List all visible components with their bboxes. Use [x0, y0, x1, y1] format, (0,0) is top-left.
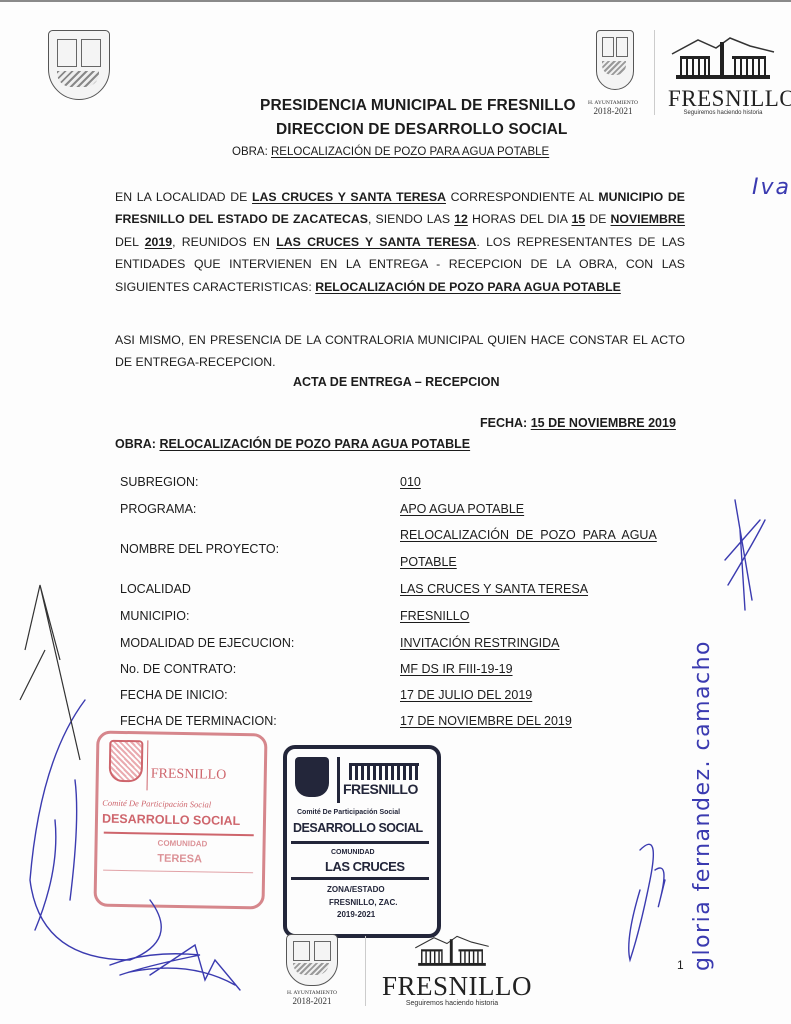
municipal-crest-icon	[48, 30, 110, 100]
field-label-municipio: MUNICIPIO:	[120, 609, 189, 623]
field-value-subregion: 010	[400, 475, 421, 489]
field-value-fecha-terminacion: 17 DE NOVIEMBRE DEL 2019	[400, 714, 572, 728]
footer-ayuntamiento-years: 2018-2021	[276, 996, 348, 1006]
footer-crest-icon	[286, 934, 338, 986]
title-line-1: PRESIDENCIA MUNICIPAL DE FRESNILLO	[260, 97, 576, 115]
stamp-crest-icon	[109, 740, 144, 783]
field-label-modalidad: MODALIDAD DE EJECUCION:	[120, 636, 294, 650]
field-label-localidad: LOCALIDAD	[120, 582, 191, 596]
field-value-contrato: MF DS IR FIII-19-19	[400, 662, 513, 676]
contraloria-paragraph: ASI MISMO, EN PRESENCIA DE LA CONTRALORI…	[115, 329, 685, 374]
field-label-programa: PROGRAMA:	[120, 502, 196, 516]
ayuntamiento-crest-icon	[596, 30, 634, 90]
fresnillo-skyline-icon	[392, 932, 512, 968]
stamp-committee: Comité De Participación Social	[297, 809, 400, 816]
footer-fresnillo-brand-logo: FRESNILLO Seguiremos haciendo historia	[382, 932, 522, 1007]
fresnillo-brand-logo: FRESNILLO Seguiremos haciendo historia	[668, 32, 778, 116]
field-value-localidad: LAS CRUCES Y SANTA TERESA	[400, 582, 588, 596]
stamp-committee: Comité De Participación Social	[102, 798, 211, 810]
black-committee-stamp: FRESNILLO Comité De Participación Social…	[283, 745, 441, 938]
acta-obra-value: RELOCALIZACIÓN DE POZO PARA AGUA POTABLE	[159, 437, 470, 451]
stamp-years: 2019-2021	[337, 910, 375, 919]
header-obra-value: RELOCALIZACIÓN DE POZO PARA AGUA POTABLE	[271, 146, 549, 158]
page-number: 1	[677, 958, 684, 972]
footer-logo-divider	[365, 936, 366, 1006]
header-obra: OBRA: RELOCALIZACIÓN DE POZO PARA AGUA P…	[232, 146, 549, 158]
field-value-modalidad: INVITACIÓN RESTRINGIDA	[400, 636, 560, 650]
footer-brand-tagline: Seguiremos haciendo historia	[382, 1000, 522, 1007]
field-label-fecha-inicio: FECHA DE INICIO:	[120, 688, 228, 702]
fecha-label: FECHA:	[480, 416, 527, 430]
stamp-skyline-icon	[349, 763, 419, 780]
red-committee-stamp: FRESNILLO Comité De Participación Social…	[93, 731, 267, 910]
handwritten-name-bottom-right: gloria fernandez. camacho	[690, 640, 715, 971]
brand-name: FRESNILLO	[668, 87, 778, 110]
title-line-2: DIRECCION DE DESARROLLO SOCIAL	[276, 121, 567, 139]
stamp-community: TERESA	[157, 853, 202, 866]
ayuntamiento-years: 2018-2021	[578, 106, 648, 116]
field-value-municipio: FRESNILLO	[400, 609, 469, 623]
brand-tagline: Seguiremos haciendo historia	[668, 110, 778, 116]
field-value-proyecto-line1: RELOCALIZACIÓN DE POZO PARA AGUA	[400, 528, 657, 542]
stamp-dept: DESARROLLO SOCIAL	[293, 821, 423, 835]
intro-paragraph: EN LA LOCALIDAD DE LAS CRUCES Y SANTA TE…	[115, 186, 685, 298]
acta-title: ACTA DE ENTREGA – RECEPCION	[293, 375, 500, 389]
stamp-brand: FRESNILLO	[151, 766, 227, 783]
field-value-proyecto-line2: POTABLE	[400, 555, 457, 569]
logo-divider	[654, 30, 655, 115]
field-label-contrato: No. DE CONTRATO:	[120, 662, 236, 676]
field-label-proyecto: NOMBRE DEL PROYECTO:	[120, 542, 279, 556]
fecha-value: 15 DE NOVIEMBRE 2019	[531, 416, 676, 430]
field-value-fecha-inicio: 17 DE JULIO DEL 2019	[400, 688, 532, 702]
stamp-crest-icon	[295, 757, 329, 797]
field-label-subregion: SUBREGION:	[120, 475, 199, 489]
acta-obra-label: OBRA:	[115, 437, 156, 451]
scan-top-edge	[0, 0, 791, 2]
field-label-fecha-terminacion: FECHA DE TERMINACION:	[120, 714, 277, 728]
header-obra-label: OBRA:	[232, 146, 268, 158]
stamp-community-label: COMUNIDAD	[158, 839, 208, 849]
acta-fecha: FECHA: 15 DE NOVIEMBRE 2019	[480, 416, 676, 430]
acta-obra: OBRA: RELOCALIZACIÓN DE POZO PARA AGUA P…	[115, 437, 470, 451]
stamp-dept: DESARROLLO SOCIAL	[102, 812, 240, 828]
handwritten-name-right: Ivanc cristina monreal R	[752, 175, 791, 200]
fresnillo-skyline-icon	[668, 32, 778, 82]
field-value-programa: APO AGUA POTABLE	[400, 502, 524, 516]
stamp-community: LAS CRUCES	[325, 859, 405, 874]
stamp-zone-label: ZONA/ESTADO	[327, 885, 385, 894]
footer-brand-name: FRESNILLO	[382, 973, 522, 1000]
stamp-brand: FRESNILLO	[343, 781, 418, 797]
stamp-zone: FRESNILLO, ZAC.	[329, 898, 397, 907]
stamp-community-label: COMUNIDAD	[331, 849, 375, 856]
